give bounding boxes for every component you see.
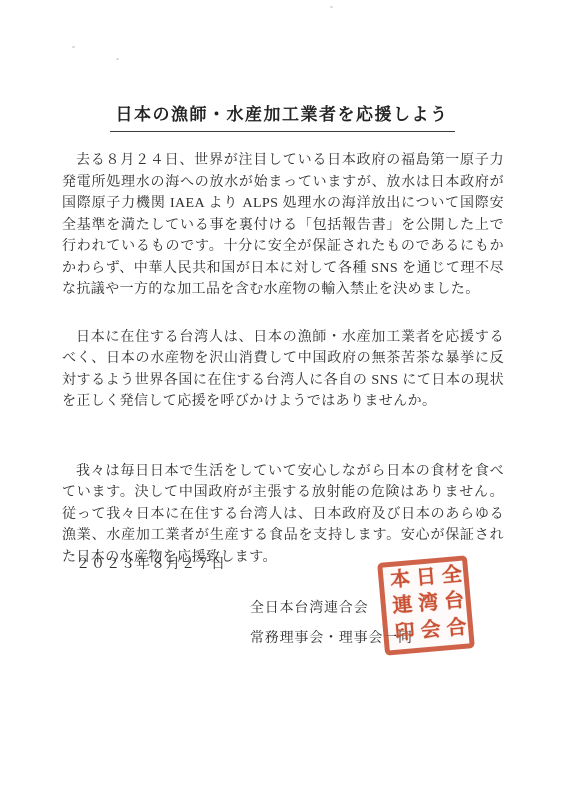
document-page: 日本の漁師・水産加工業者を応援しよう 去る８月２４日、世界が注目している日本政府… bbox=[0, 0, 564, 800]
paragraph-2: 日本に在住する台湾人は、日本の漁師・水産加工業者を応援するべく、日本の水産物を沢… bbox=[62, 327, 504, 413]
document-body: 去る８月２４日、世界が注目している日本政府の福島第一原子力発電所処理水の海への放… bbox=[62, 150, 504, 594]
document-date: ２０２３年８月２７日 bbox=[62, 553, 226, 573]
scan-speck bbox=[116, 58, 119, 60]
title-row: 日本の漁師・水産加工業者を応援しよう bbox=[0, 100, 564, 132]
document-title: 日本の漁師・水産加工業者を応援しよう bbox=[110, 100, 455, 132]
paragraph-1: 去る８月２４日、世界が注目している日本政府の福島第一原子力発電所処理水の海への放… bbox=[62, 150, 504, 301]
paragraph-3: 我々は毎日日本で生活をしていて安心しながら日本の食材を食べています。決して中国政… bbox=[62, 461, 504, 569]
seal-script-text: 全日本 台湾連 合会印 bbox=[383, 561, 470, 651]
organization-seal-stamp: 全日本 台湾連 合会印 bbox=[377, 555, 475, 655]
scan-speck bbox=[330, 6, 333, 8]
seal-column-left: 合会印 bbox=[388, 615, 468, 648]
scan-speck bbox=[72, 46, 75, 48]
